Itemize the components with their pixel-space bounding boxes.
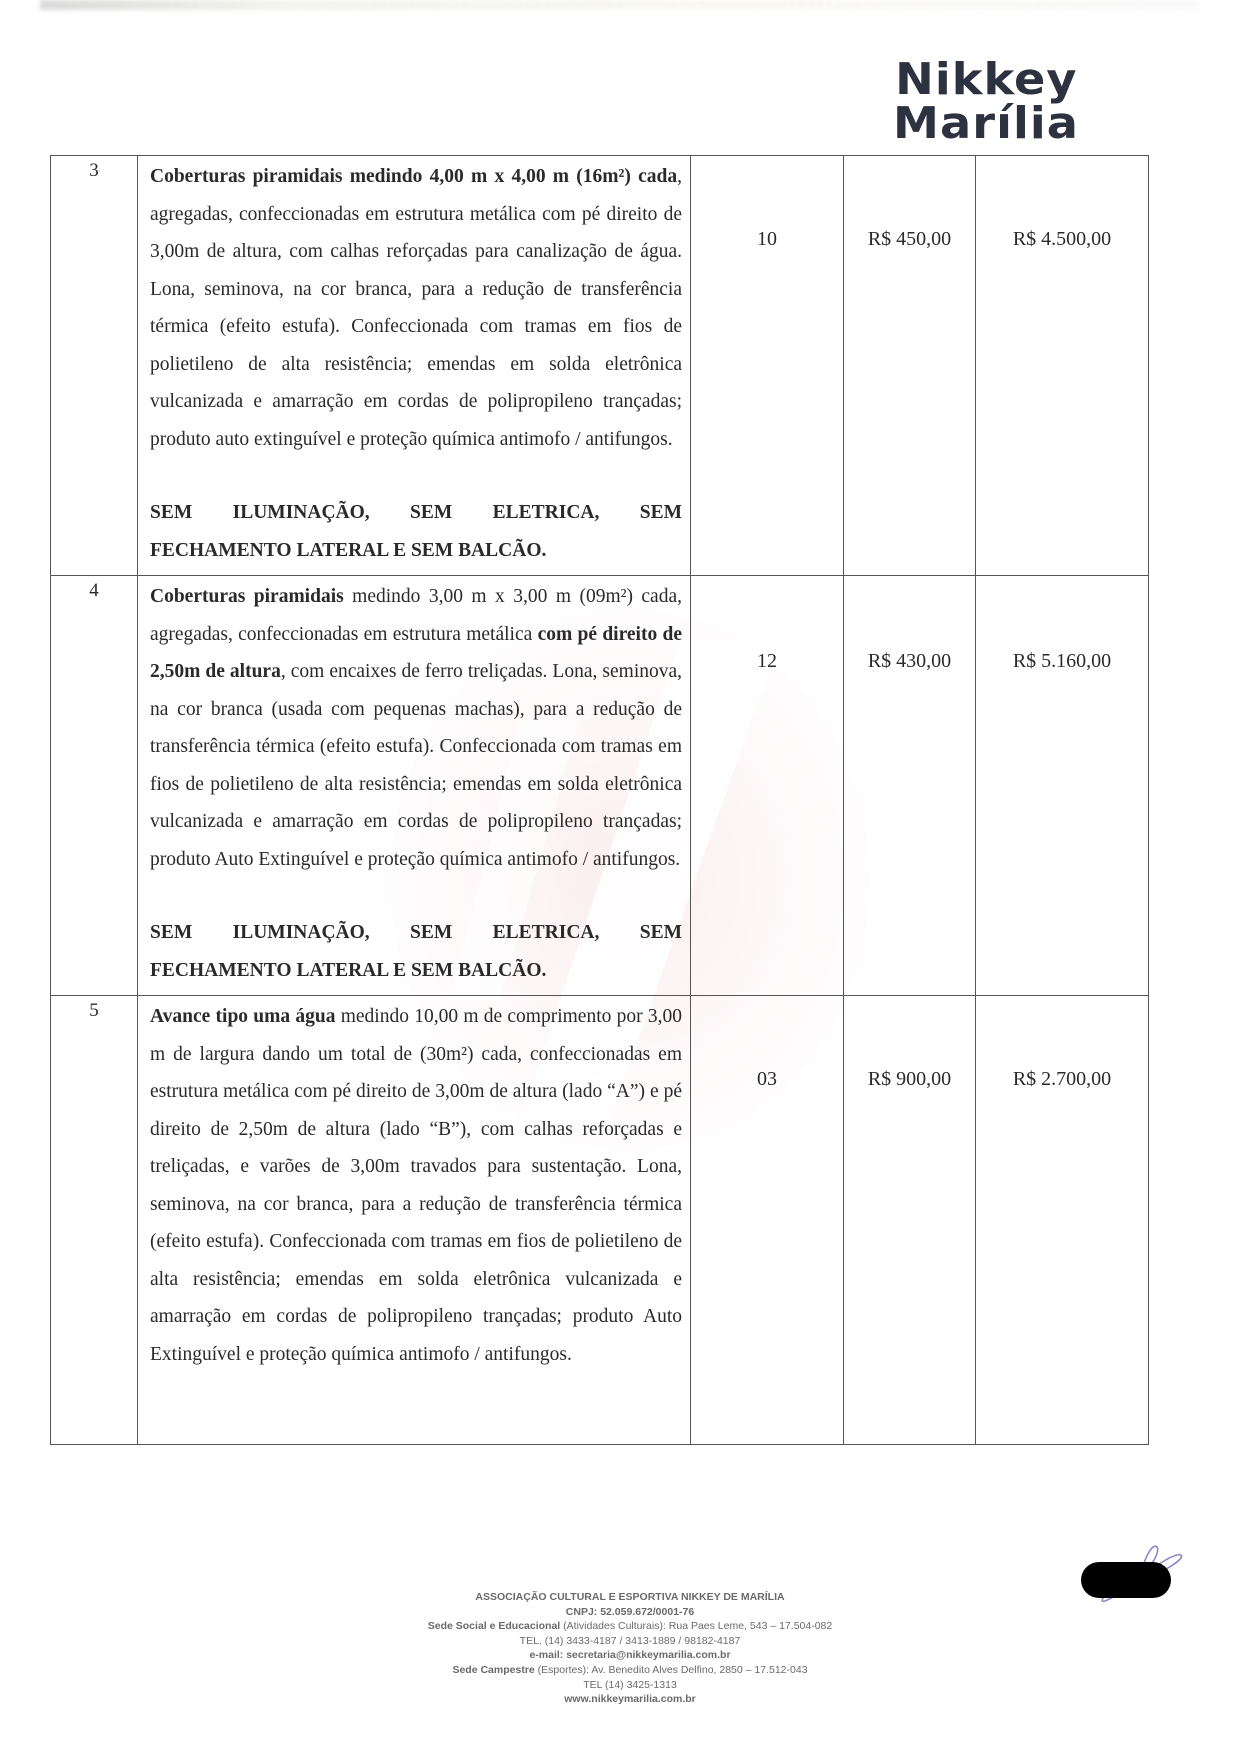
item-title: Avance tipo uma água xyxy=(150,1006,335,1027)
item-total-price: R$ 5.160,00 xyxy=(976,576,1149,996)
item-quantity: 12 xyxy=(691,576,844,996)
item-total-price: R$ 2.700,00 xyxy=(976,996,1149,1445)
footer-tel-2: TEL (14) 3425-1313 xyxy=(0,1678,1240,1693)
item-description: Coberturas piramidais medindo 4,00 m x 4… xyxy=(138,156,691,576)
logo-line-1: Nikkey xyxy=(893,58,1145,102)
item-description: Coberturas piramidais medindo 3,00 m x 3… xyxy=(138,576,691,996)
item-description-text: medindo 10,00 m de comprimento por 3,00 … xyxy=(150,1006,682,1365)
items-table: 3 Coberturas piramidais medindo 4,00 m x… xyxy=(50,155,1149,1445)
table-row: 5 Avance tipo uma água medindo 10,00 m d… xyxy=(51,996,1149,1445)
notice-line-2: FECHAMENTO LATERAL E SEM BALCÃO. xyxy=(150,960,546,981)
footer-website[interactable]: www.nikkeymarilia.com.br xyxy=(0,1692,1240,1707)
item-quantity: 10 xyxy=(691,156,844,576)
table-row: 4 Coberturas piramidais medindo 3,00 m x… xyxy=(51,576,1149,996)
footer: ASSOCIAÇÃO CULTURAL E ESPORTIVA NIKKEY D… xyxy=(0,1590,1240,1707)
item-number: 5 xyxy=(51,996,138,1445)
item-notice: SEM ILUMINAÇÃO, SEM ELETRICA, SEM FECHAM… xyxy=(150,494,682,569)
footer-sede-social: Sede Social e Educacional (Atividades Cu… xyxy=(0,1619,1240,1634)
item-unit-price: R$ 430,00 xyxy=(844,576,976,996)
item-unit-price: R$ 450,00 xyxy=(844,156,976,576)
nikkey-marilia-logo: Nikkey Marília xyxy=(893,58,1145,146)
item-quantity: 03 xyxy=(691,996,844,1445)
footer-org-name: ASSOCIAÇÃO CULTURAL E ESPORTIVA NIKKEY D… xyxy=(0,1590,1240,1605)
item-title: Coberturas piramidais xyxy=(150,586,344,607)
item-notice: SEM ILUMINAÇÃO, SEM ELETRICA, SEM FECHAM… xyxy=(150,914,682,989)
scan-artifact xyxy=(40,0,1200,10)
item-description: Avance tipo uma água medindo 10,00 m de … xyxy=(138,996,691,1445)
item-number: 4 xyxy=(51,576,138,996)
table-row: 3 Coberturas piramidais medindo 4,00 m x… xyxy=(51,156,1149,576)
footer-email[interactable]: e-mail: secretaria@nikkeymarilia.com.br xyxy=(0,1648,1240,1663)
item-title: Coberturas piramidais medindo 4,00 m x 4… xyxy=(150,166,677,187)
item-unit-price: R$ 900,00 xyxy=(844,996,976,1445)
notice-line-2: FECHAMENTO LATERAL E SEM BALCÃO. xyxy=(150,540,546,561)
item-number: 3 xyxy=(51,156,138,576)
item-total-price: R$ 4.500,00 xyxy=(976,156,1149,576)
notice-line-1: SEM ILUMINAÇÃO, SEM ELETRICA, SEM xyxy=(150,914,682,952)
item-description-text: , agregadas, confeccionadas em estrutura… xyxy=(150,166,682,450)
logo-line-2: Marília xyxy=(893,102,1145,146)
notice-line-1: SEM ILUMINAÇÃO, SEM ELETRICA, SEM xyxy=(150,494,682,532)
footer-tel-1: TEL. (14) 3433-4187 / 3413-1889 / 98182-… xyxy=(0,1634,1240,1649)
footer-sede-campestre: Sede Campestre (Esportes): Av. Benedito … xyxy=(0,1663,1240,1678)
footer-cnpj: CNPJ: 52.059.672/0001-76 xyxy=(0,1605,1240,1620)
